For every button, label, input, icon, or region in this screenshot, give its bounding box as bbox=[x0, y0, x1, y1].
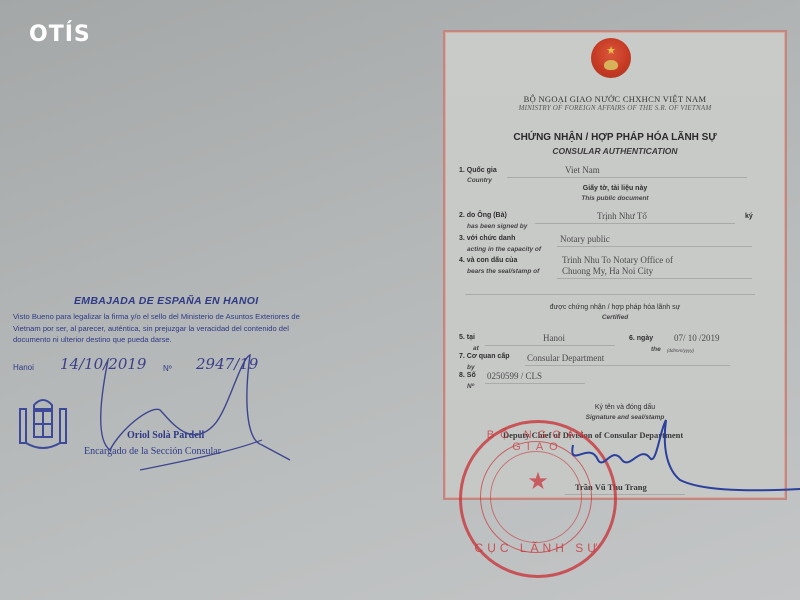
signature-label: Ký tên và đóng dấu bbox=[445, 404, 795, 411]
number-label: 8. Số bbox=[459, 372, 476, 379]
capacity-label-en: acting in the capacity of bbox=[467, 246, 541, 253]
signature-label-en: Signature and seal/stamp bbox=[445, 414, 795, 421]
signed-by-label: 2. do Ông (Bà) bbox=[459, 212, 507, 219]
country-label: 1. Quốc gia bbox=[459, 167, 497, 174]
spain-coat-of-arms-icon bbox=[14, 393, 72, 453]
signed-suffix: ký bbox=[745, 213, 753, 220]
embassy-signer-role: Encargado de la Sección Consular bbox=[84, 446, 221, 457]
document-label-en: This public document bbox=[445, 195, 785, 202]
document-label: Giấy tờ, tài liệu này bbox=[445, 185, 785, 192]
signed-by-label-en: has been signed by bbox=[467, 223, 527, 230]
place-value: Hanoi bbox=[543, 333, 565, 343]
certificate-title-en: CONSULAR AUTHENTICATION bbox=[445, 146, 785, 156]
date-label-en: the bbox=[651, 346, 661, 353]
date-hint: (dd/mm/yyyy) bbox=[667, 348, 694, 353]
consular-department-seal: BỘ NGOẠI GIAO ★ CỤC LÃNH SỰ bbox=[459, 420, 617, 578]
handwritten-number: 2947/19 bbox=[196, 355, 258, 373]
star-icon: ★ bbox=[462, 467, 614, 496]
number-label-en: Nº bbox=[467, 383, 474, 390]
authority-label: 7. Cơ quan cấp bbox=[459, 353, 510, 360]
handwritten-date: 14/10/2019 bbox=[60, 355, 146, 373]
place-label: 5. tại bbox=[459, 334, 475, 341]
seal-bottom-text: CỤC LÃNH SỰ bbox=[462, 541, 614, 555]
ministry-header-en: MINISTRY OF FOREIGN AFFAIRS OF THE S.R. … bbox=[445, 104, 785, 112]
place-label-en: at bbox=[473, 345, 479, 352]
embassy-legalization-text: Visto Bueno para legalizar la firma y/o … bbox=[13, 311, 328, 346]
seal-value-line2: Chuong My, Ha Noi City bbox=[562, 266, 653, 276]
seal-label-en: bears the seal/stamp of bbox=[467, 268, 539, 275]
seal-label: 4. và con dấu của bbox=[459, 257, 517, 264]
embassy-title: EMBAJADA DE ESPAÑA EN HANOI bbox=[74, 295, 258, 307]
capacity-label: 3. với chức danh bbox=[459, 235, 515, 242]
number-value: 0250599 / CLS bbox=[487, 371, 542, 381]
certificate-title-vi: CHỨNG NHẬN / HỢP PHÁP HÓA LÃNH SỰ bbox=[445, 132, 785, 143]
embassy-signer-name: Oriol Solà Pardell bbox=[127, 430, 204, 441]
number-sign: Nº bbox=[163, 364, 172, 373]
otis-logo: OTÍS bbox=[29, 22, 91, 47]
date-label: 6. ngày bbox=[629, 335, 653, 342]
country-label-en: Country bbox=[467, 177, 492, 184]
authority-label-en: by bbox=[467, 364, 475, 371]
vietnam-emblem-icon: ★ bbox=[591, 38, 631, 78]
signed-by-value: Trịnh Như Tố bbox=[597, 211, 647, 221]
country-value: Viet Nam bbox=[565, 165, 600, 175]
authority-value: Consular Department bbox=[527, 353, 604, 363]
date-value: 07/ 10 /2019 bbox=[674, 333, 720, 343]
certified-label-en: Certified bbox=[445, 314, 785, 321]
embassy-city-label: Hanoi bbox=[13, 363, 34, 372]
seal-top-text: BỘ NGOẠI GIAO bbox=[462, 429, 614, 453]
capacity-value: Notary public bbox=[560, 234, 610, 244]
ministry-header-vi: BỘ NGOẠI GIAO NƯỚC CHXHCN VIỆT NAM bbox=[445, 94, 785, 104]
certified-label: được chứng nhận / hợp pháp hóa lãnh sự bbox=[445, 304, 785, 311]
seal-value-line1: Trinh Nhu To Notary Office of bbox=[562, 255, 673, 265]
